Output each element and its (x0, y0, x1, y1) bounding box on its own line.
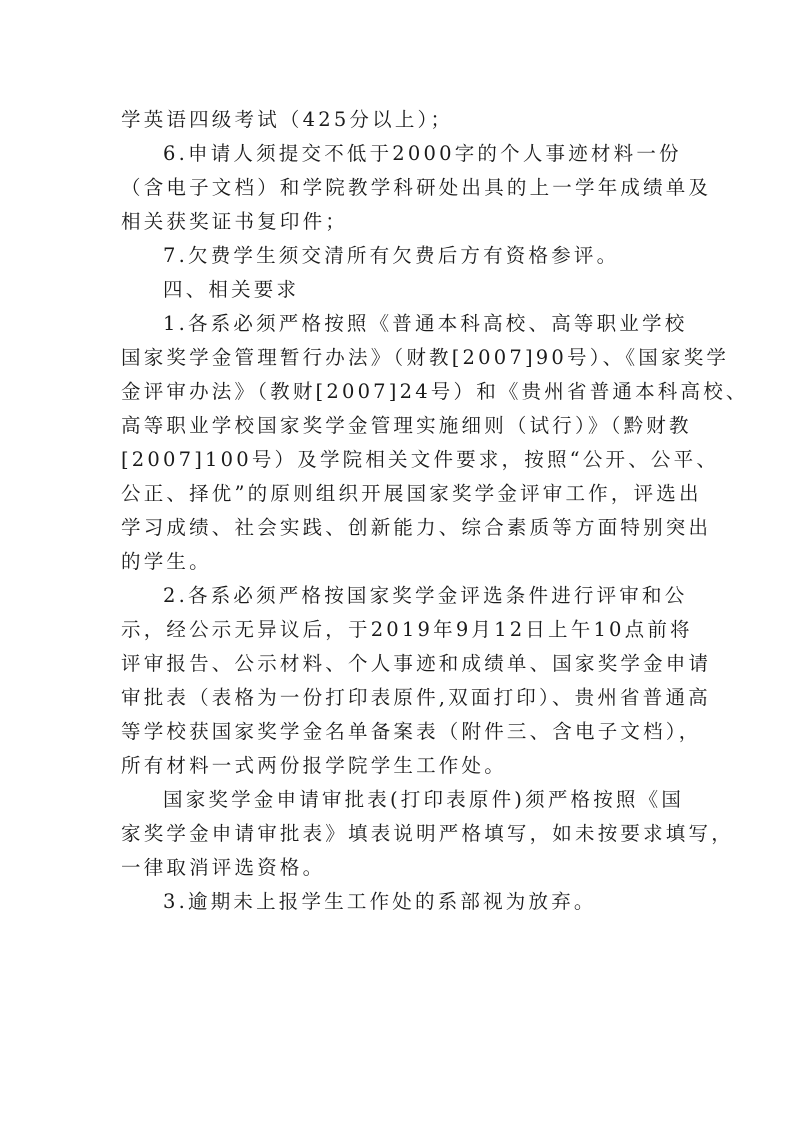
text-line: 6.申请人须提交不低于2000字的个人事迹材料一份 (121, 137, 677, 171)
text-line: 7.欠费学生须交清所有欠费后方有资格参评。 (121, 239, 677, 273)
text-line: 一律取消评选资格。 (121, 851, 677, 885)
text-line: 学习成绩、社会实践、创新能力、综合素质等方面特别突出 (121, 511, 677, 545)
text-line: 国家奖学金申请审批表(打印表原件)须严格按照《国 (121, 783, 677, 817)
document-page: 学英语四级考试（425分以上）； 6.申请人须提交不低于2000字的个人事迹材料… (121, 103, 677, 919)
text-line: 金评审办法》（教财[2007]24号）和《贵州省普通本科高校、 (121, 375, 677, 409)
text-line: 3.逾期未上报学生工作处的系部视为放弃。 (121, 885, 677, 919)
section-heading: 四、相关要求 (121, 273, 677, 307)
text-line: 所有材料一式两份报学院学生工作处。 (121, 749, 677, 783)
text-line: 审批表（表格为一份打印表原件,双面打印）、贵州省普通高 (121, 681, 677, 715)
text-line: 相关获奖证书复印件； (121, 205, 677, 239)
text-line: 评审报告、公示材料、个人事迹和成绩单、国家奖学金申请 (121, 647, 677, 681)
text-line: 1.各系必须严格按照《普通本科高校、高等职业学校 (121, 307, 677, 341)
text-line: 的学生。 (121, 545, 677, 579)
text-line: 家奖学金申请审批表》填表说明严格填写，如未按要求填写， (121, 817, 677, 851)
text-line: （含电子文档）和学院教学科研处出具的上一学年成绩单及 (121, 171, 677, 205)
text-line: 学英语四级考试（425分以上）； (121, 103, 677, 137)
text-line: 高等职业学校国家奖学金管理实施细则（试行）》（黔财教 (121, 409, 677, 443)
text-line: [2007]100号）及学院相关文件要求，按照“公开、公平、 (121, 443, 677, 477)
text-line: 2.各系必须严格按国家奖学金评选条件进行评审和公 (121, 579, 677, 613)
text-line: 等学校获国家奖学金名单备案表（附件三、含电子文档）， (121, 715, 677, 749)
text-line: 国家奖学金管理暂行办法》（财教[2007]90号）、《国家奖学 (121, 341, 677, 375)
text-line: 示，经公示无异议后，于2019年9月12日上午10点前将 (121, 613, 677, 647)
text-line: 公正、择优”的原则组织开展国家奖学金评审工作，评选出 (121, 477, 677, 511)
